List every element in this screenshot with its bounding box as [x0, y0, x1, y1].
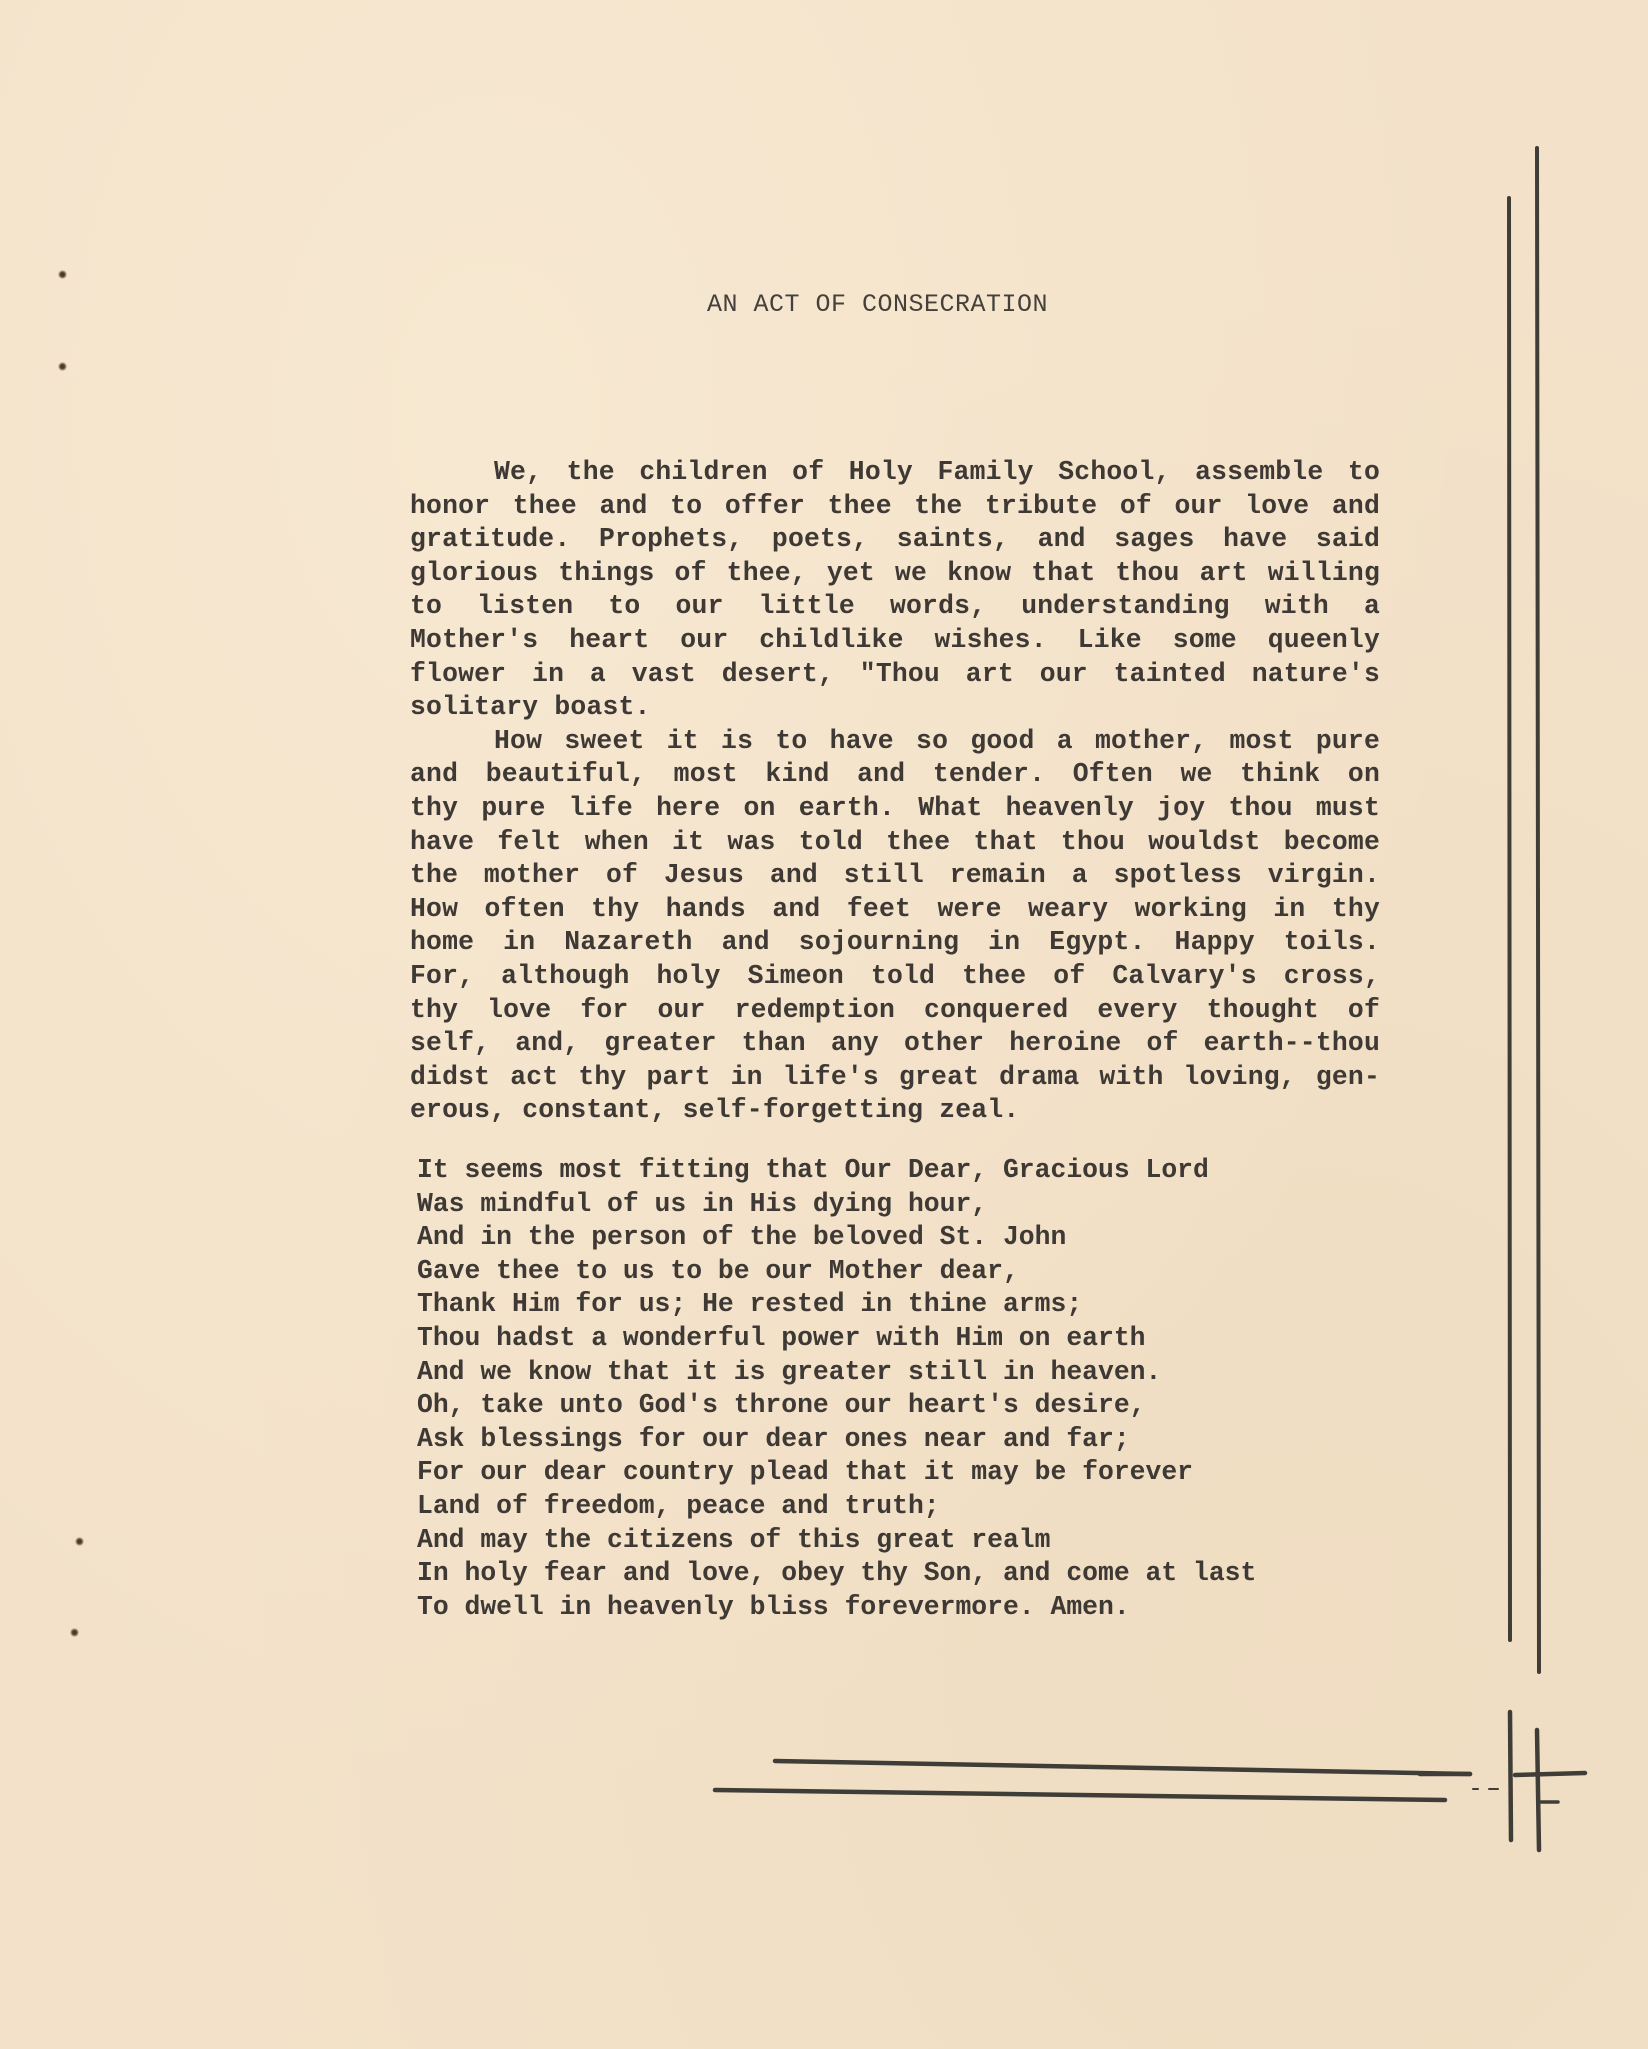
corner-horizontal — [1515, 1773, 1585, 1775]
corner-vertical-left — [1510, 1712, 1511, 1840]
right-rule-inner — [1509, 198, 1510, 1640]
right-rule-outer — [1537, 148, 1539, 1672]
decorative-border-rules — [0, 0, 1648, 2049]
bottom-rule-upper — [775, 1761, 1470, 1774]
corner-vertical-right — [1537, 1730, 1539, 1850]
bottom-rule-lower — [715, 1790, 1445, 1800]
document-page: AN ACT OF CONSECRATION We, the children … — [0, 0, 1648, 2049]
